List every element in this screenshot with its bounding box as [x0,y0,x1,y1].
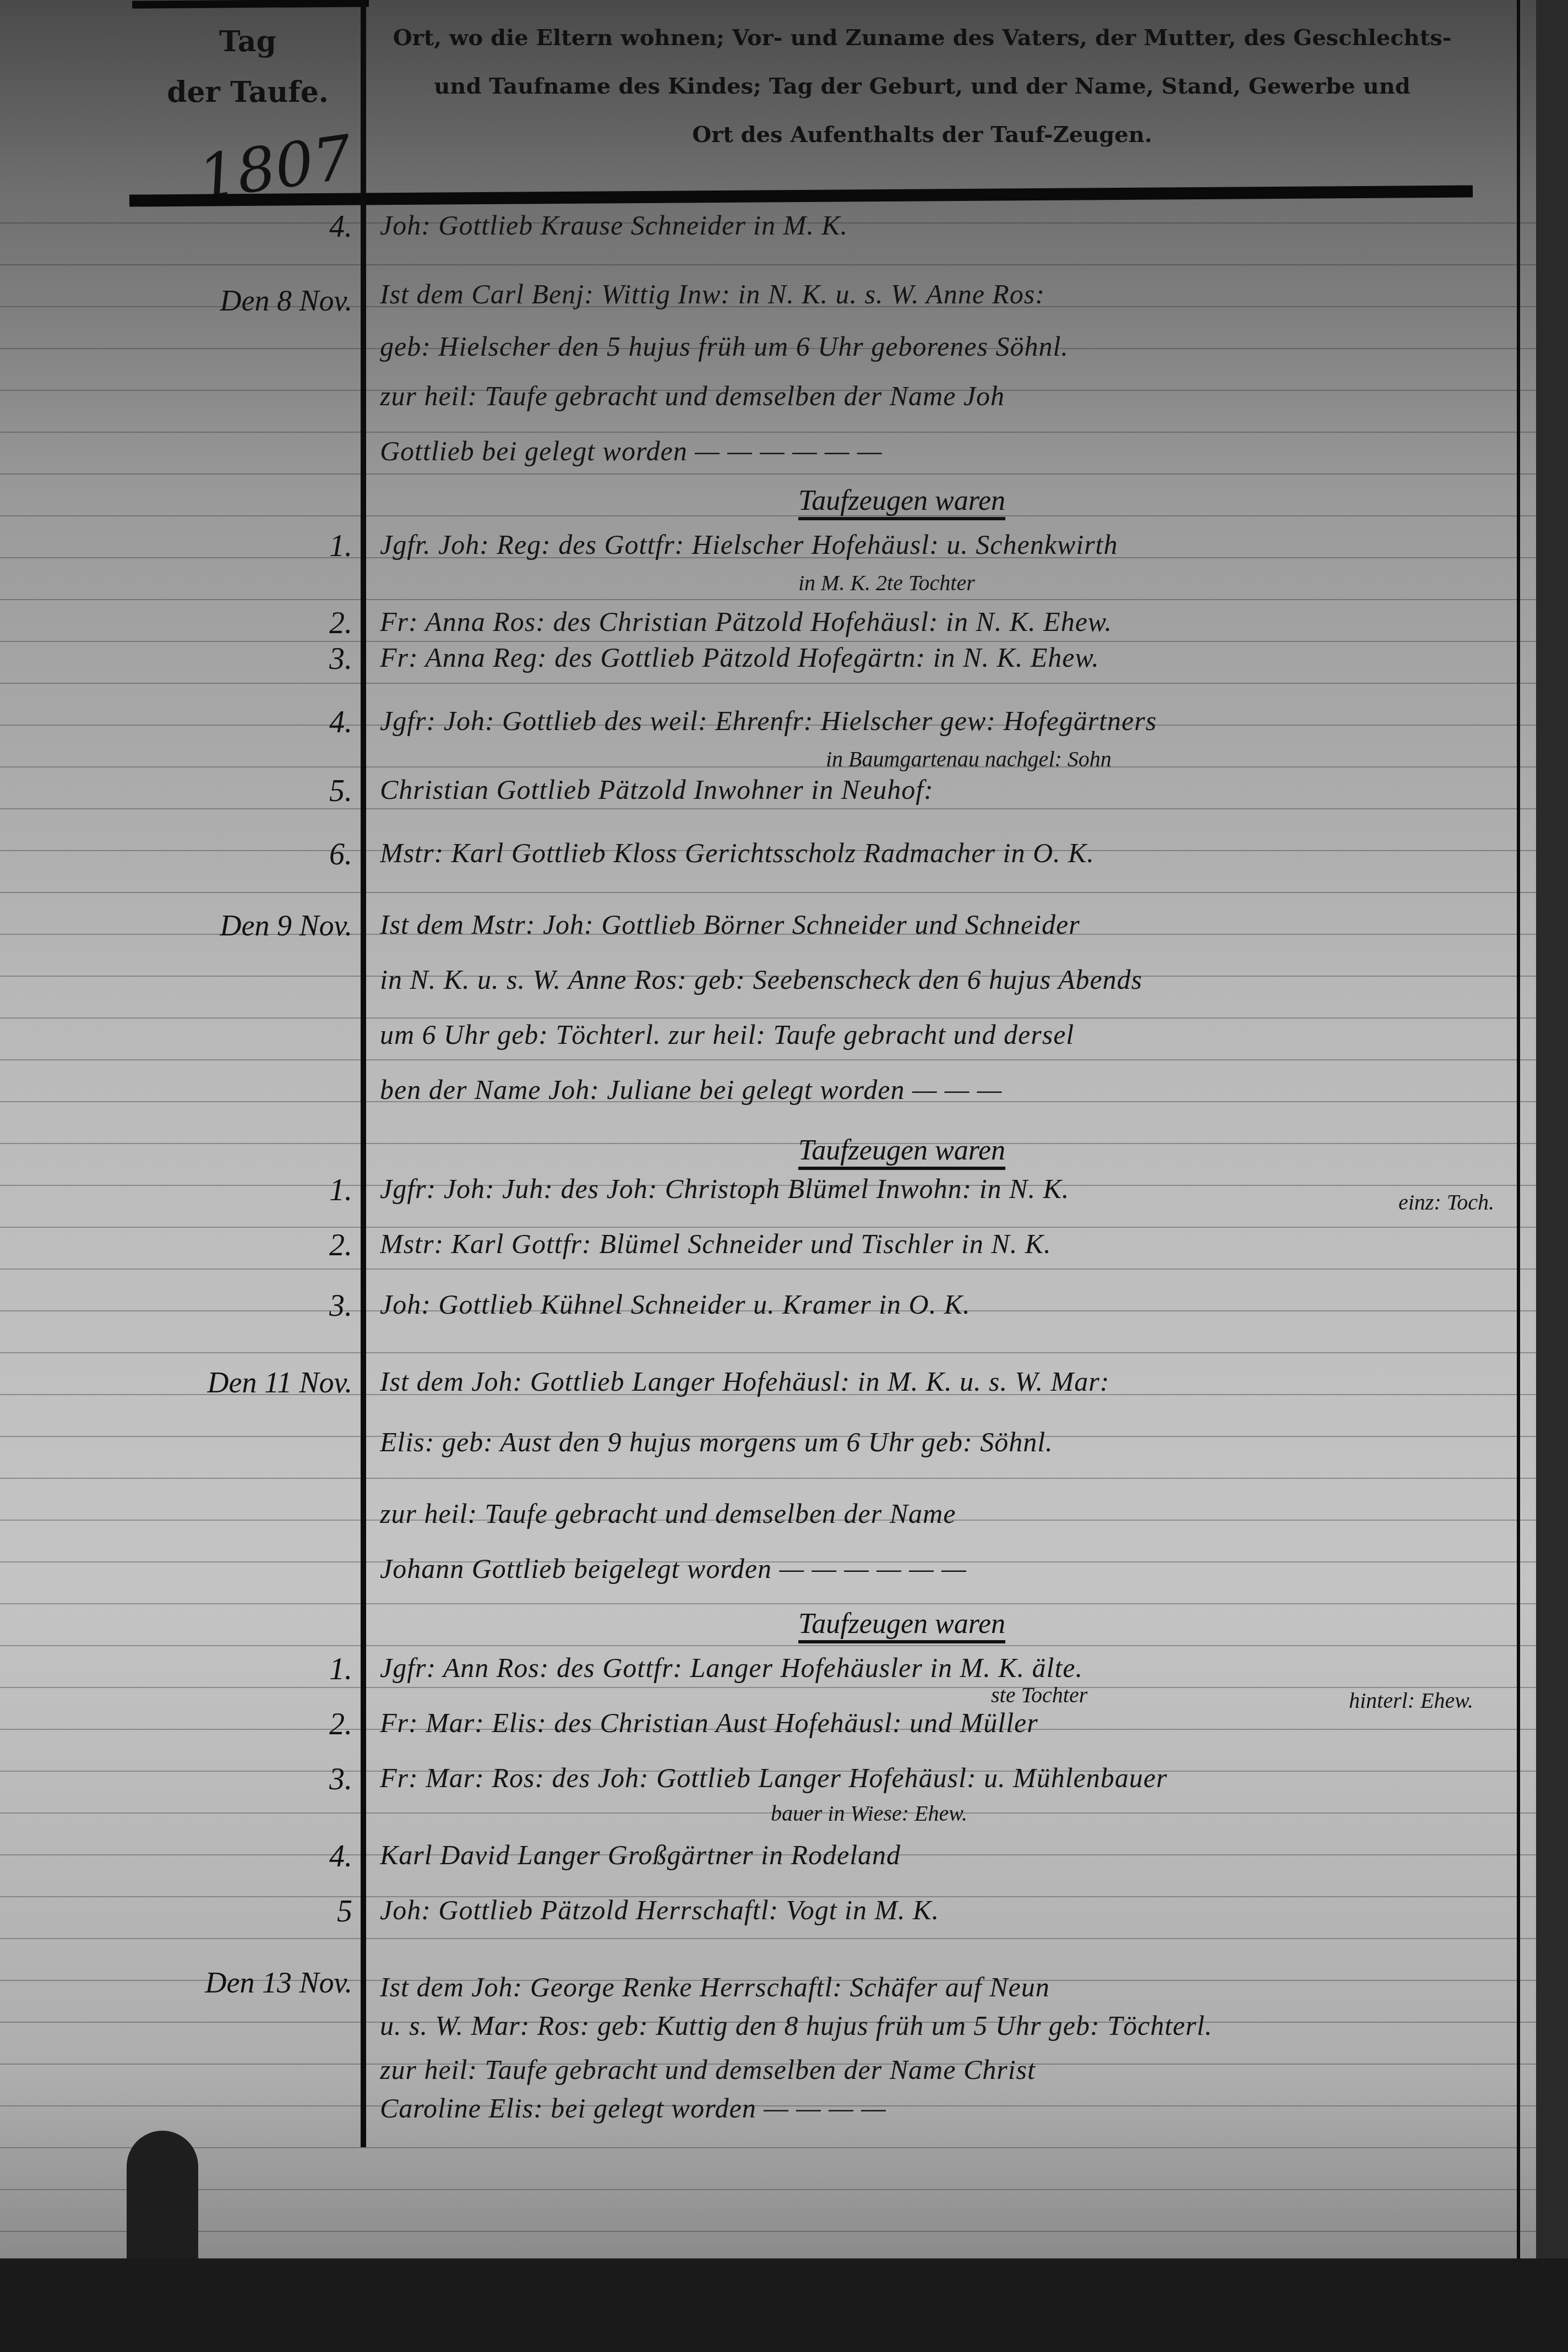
witness-number: 4. [308,705,352,740]
entry-line: Caroline Elis: bei gelegt worden — — — — [380,2092,1509,2124]
witness-text: Jgfr: Ann Ros: des Gottfr: Langer Hofehä… [380,1652,1509,1684]
witness-text: Fr: Mar: Ros: des Joh: Gottlieb Langer H… [380,1762,1509,1794]
entry-line: Ist dem Mstr: Joh: Gottlieb Börner Schne… [380,908,1509,940]
witness-number: 3. [308,1762,352,1797]
column-header-date: Tag der Taufe. [138,17,358,118]
entry-line: in N. K. u. s. W. Anne Ros: geb: Seebens… [380,963,1509,995]
entry-line: Elis: geb: Aust den 9 hujus morgens um 6… [380,1426,1509,1458]
witness-note: in M. K. 2te Tochter [798,570,975,596]
scan-border-shadow [0,2258,1568,2352]
witness-number: 6. [308,837,352,872]
witness-note: hinterl: Ehew. [1349,1687,1473,1713]
column-header-details-line2: und Taufname des Kindes; Tag der Geburt,… [385,62,1459,111]
entry-line: ben der Name Joh: Juliane bei gelegt wor… [380,1074,1509,1106]
register-page: Tag der Taufe. 1807 Ort, wo die Eltern w… [0,0,1536,2263]
witness-number: 3. [308,1288,352,1324]
witness-number: 5. [308,774,352,809]
witness-text: Jgfr. Joh: Reg: des Gottfr: Hielscher Ho… [380,529,1509,560]
witness-text: Christian Gottlieb Pätzold Inwohner in N… [380,774,1509,805]
entry-line: u. s. W. Mar: Ros: geb: Kuttig den 8 huj… [380,2010,1509,2041]
column-divider [361,0,366,2147]
witness-heading: Taufzeugen waren [798,1134,1005,1170]
witness-text: Karl David Langer Großgärtner in Rodelan… [380,1839,1509,1871]
witness-number: 5 [308,1894,352,1929]
witness-number: 1. [308,1173,352,1208]
right-page-edge-rule [1517,0,1520,2263]
witness-number: 2. [308,1707,352,1742]
entry-line: Ist dem Carl Benj: Wittig Inw: in N. K. … [380,278,1509,310]
witness-number: 2. [308,606,352,641]
witness-text: Jgfr: Joh: Juh: des Joh: Christoph Blüme… [380,1173,1371,1205]
entry-line: zur heil: Taufe gebracht und demselben d… [380,2054,1509,2086]
column-header-details: Ort, wo die Eltern wohnen; Vor- und Zuna… [385,14,1459,159]
witness-note: einz: Toch. [1398,1189,1494,1215]
column-header-details-line3: Ort des Aufenthalts der Tauf-Zeugen. [385,111,1459,159]
witness-note: bauer in Wiese: Ehew. [771,1800,967,1826]
witness-text: Joh: Gottlieb Krause Schneider in M. K. [380,209,1509,241]
entry-line: Johann Gottlieb beigelegt worden — — — —… [380,1553,1509,1585]
witness-number: 1. [308,1652,352,1687]
column-header-date-line2: der Taufe. [138,67,358,118]
witness-text: Fr: Mar: Elis: des Christian Aust Hofehä… [380,1707,1509,1739]
witness-number: 1. [308,529,352,564]
witness-note: in Baumgartenau nachgel: Sohn [826,746,1112,772]
witness-heading: Taufzeugen waren [798,1608,1005,1643]
witness-note: ste Tochter [991,1682,1087,1708]
column-header-date-line1: Tag [138,17,358,67]
entry-line: Gottlieb bei gelegt worden — — — — — — [380,435,1509,467]
witness-text: Joh: Gottlieb Pätzold Herrschaftl: Vogt … [380,1894,1509,1926]
entry-line: zur heil: Taufe gebracht und demselben d… [380,1498,1509,1529]
baptism-date: Den 11 Nov. [138,1365,352,1400]
baptism-date: Den 8 Nov. [138,284,352,318]
witness-number: 4. [308,1839,352,1874]
entry-line: um 6 Uhr geb: Töchterl. zur heil: Taufe … [380,1019,1509,1050]
top-border-rule [132,0,369,9]
entry-line: zur heil: Taufe gebracht und demselben d… [380,380,1509,412]
entry-line: geb: Hielscher den 5 hujus früh um 6 Uhr… [380,330,1509,362]
witness-text: Joh: Gottlieb Kühnel Schneider u. Kramer… [380,1288,1509,1320]
witness-text: Fr: Anna Reg: des Gottlieb Pätzold Hofeg… [380,641,1509,673]
witness-number: 4. [308,209,352,244]
baptism-date: Den 13 Nov. [138,1966,352,2000]
witness-text: Mstr: Karl Gottfr: Blümel Schneider und … [380,1228,1509,1260]
witness-number: 3. [308,641,352,677]
baptism-date: Den 9 Nov. [138,908,352,943]
witness-number: 2. [308,1228,352,1263]
column-header-details-line1: Ort, wo die Eltern wohnen; Vor- und Zuna… [385,14,1459,62]
witness-text: Fr: Anna Ros: des Christian Pätzold Hofe… [380,606,1509,638]
witness-text: Jgfr: Joh: Gottlieb des weil: Ehrenfr: H… [380,705,1509,737]
witness-text: Mstr: Karl Gottlieb Kloss Gerichtsscholz… [380,837,1509,869]
entry-line: Ist dem Joh: George Renke Herrschaftl: S… [380,1971,1509,2003]
entry-line: Ist dem Joh: Gottlieb Langer Hofehäusl: … [380,1365,1509,1397]
ruled-lines [0,182,1536,2263]
witness-heading: Taufzeugen waren [798,484,1005,520]
